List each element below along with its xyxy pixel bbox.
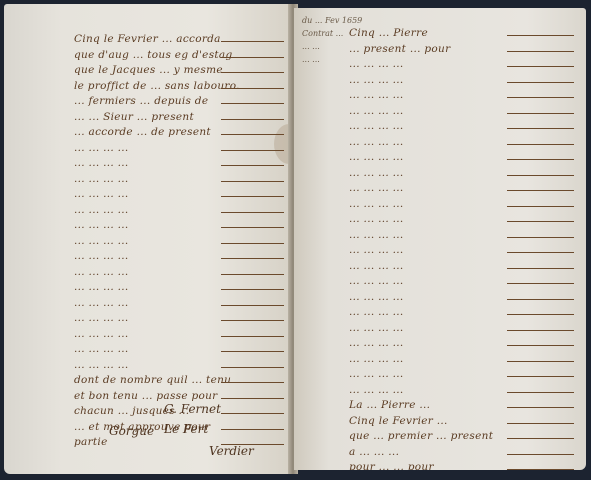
handwritten-line: ... ... ... ... bbox=[74, 249, 284, 265]
handwritten-line: ... ... ... ... bbox=[349, 119, 574, 135]
signature: Le Fert bbox=[164, 422, 208, 436]
handwritten-line: ... ... ... ... bbox=[74, 311, 284, 327]
signature: Gorgue bbox=[109, 424, 154, 438]
handwritten-line: ... ... ... ... bbox=[74, 342, 284, 358]
handwritten-line: ... ... ... ... bbox=[349, 166, 574, 182]
handwritten-line: dont de nombre quil ... tenu bbox=[74, 373, 284, 389]
handwritten-line: ... ... ... ... bbox=[349, 135, 574, 151]
handwritten-line: ... ... ... ... bbox=[74, 358, 284, 374]
handwritten-line: ... ... ... ... bbox=[349, 305, 574, 321]
handwritten-line: ... accorde ... de present bbox=[74, 125, 284, 141]
handwritten-line: Cinq le Fevrier ... accorda bbox=[74, 32, 284, 48]
handwritten-line: ... fermiers ... depuis de bbox=[74, 94, 284, 110]
handwritten-line: ... ... ... ... bbox=[349, 181, 574, 197]
handwritten-line: pour ... ... pour bbox=[349, 460, 574, 470]
handwritten-line: ... ... ... ... bbox=[74, 141, 284, 157]
handwritten-line: ... ... ... ... bbox=[349, 290, 574, 306]
handwritten-line: Cinq le Fevrier ... bbox=[349, 414, 574, 430]
handwritten-line: ... ... ... ... bbox=[74, 172, 284, 188]
handwritten-line: que d'aug ... tous eg d'estag bbox=[74, 48, 284, 64]
handwritten-line: que ... premier ... present bbox=[349, 429, 574, 445]
handwritten-line: ... ... ... ... bbox=[349, 88, 574, 104]
handwritten-line: La ... Pierre ... bbox=[349, 398, 574, 414]
handwritten-line: ... ... ... ... bbox=[74, 234, 284, 250]
handwritten-line: ... ... ... ... bbox=[74, 203, 284, 219]
handwritten-line: le proffict de ... sans labouro. bbox=[74, 79, 284, 95]
handwritten-line: ... ... ... ... bbox=[349, 197, 574, 213]
handwritten-line: ... ... ... ... bbox=[349, 57, 574, 73]
handwritten-line: ... ... ... ... bbox=[74, 296, 284, 312]
handwritten-line: ... ... ... ... bbox=[349, 243, 574, 259]
handwritten-line: ... ... ... ... bbox=[349, 228, 574, 244]
handwritten-line: Cinq ... Pierre bbox=[349, 26, 574, 42]
handwritten-line: ... ... ... ... bbox=[349, 104, 574, 120]
handwritten-line: ... present ... pour bbox=[349, 42, 574, 58]
handwritten-line: ... ... ... ... bbox=[349, 321, 574, 337]
signature: Verdier bbox=[209, 444, 254, 458]
handwritten-line: ... ... ... ... bbox=[349, 150, 574, 166]
right-text-block: Cinq ... Pierre... present ... pour... .… bbox=[349, 26, 574, 470]
handwritten-line: ... ... ... ... bbox=[349, 336, 574, 352]
handwritten-line: ... ... ... ... bbox=[74, 156, 284, 172]
handwritten-line: que le Jacques ... y mesme bbox=[74, 63, 284, 79]
handwritten-line: ... ... ... ... bbox=[74, 265, 284, 281]
handwritten-line: ... ... ... ... bbox=[74, 327, 284, 343]
left-page: Cinq le Fevrier ... accordaque d'aug ...… bbox=[4, 4, 294, 474]
handwritten-line: a ... ... ... bbox=[349, 445, 574, 461]
handwritten-line: ... ... ... ... bbox=[74, 218, 284, 234]
handwritten-line: ... ... ... ... bbox=[349, 274, 574, 290]
handwritten-line: ... ... ... ... bbox=[74, 187, 284, 203]
handwritten-line: ... ... Sieur ... present bbox=[74, 110, 284, 126]
handwritten-line: ... ... ... ... bbox=[349, 367, 574, 383]
handwritten-line: ... ... ... ... bbox=[74, 280, 284, 296]
signature: G. Fernet bbox=[164, 402, 221, 416]
handwritten-line: ... ... ... ... bbox=[349, 212, 574, 228]
right-page: du ... Fev 1659Contrat ...... ...... ...… bbox=[294, 8, 586, 470]
handwritten-line: ... ... ... ... bbox=[349, 352, 574, 368]
handwritten-line: ... ... ... ... bbox=[349, 259, 574, 275]
handwritten-line: ... ... ... ... bbox=[349, 383, 574, 399]
handwritten-line: ... ... ... ... bbox=[349, 73, 574, 89]
left-text-block: Cinq le Fevrier ... accordaque d'aug ...… bbox=[74, 32, 284, 451]
